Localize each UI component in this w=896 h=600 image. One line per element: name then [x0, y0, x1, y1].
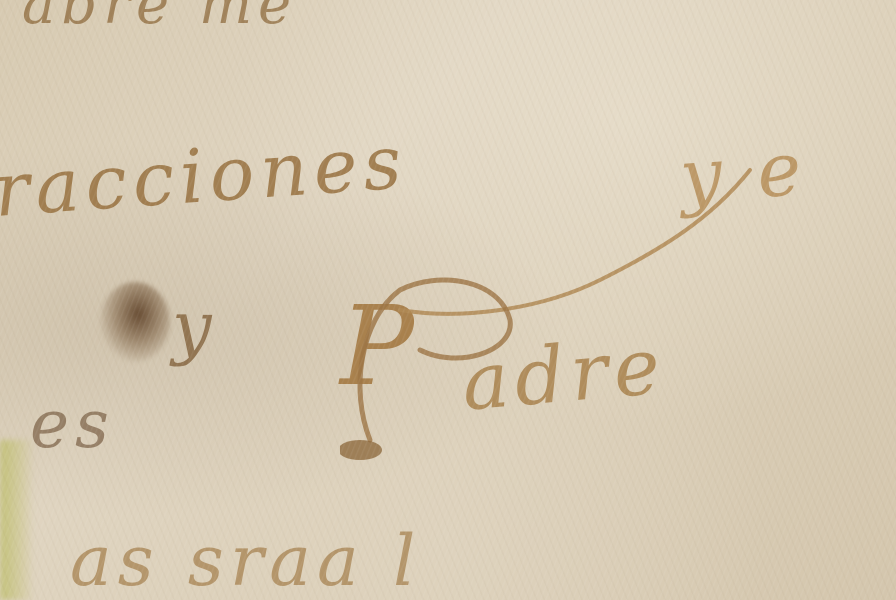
- handwriting-bottom-line: as sraa l: [70, 520, 421, 600]
- green-edge-blur: [0, 440, 34, 600]
- ink-blot: [100, 282, 170, 362]
- handwriting-top-line: abre me: [22, 0, 297, 37]
- handwriting-es: es: [30, 386, 115, 463]
- pen-flourish-stroke: [340, 160, 780, 460]
- handwriting-y: y: [172, 286, 218, 368]
- manuscript-photo: abre me racciones y e y P adre es as sra…: [0, 0, 896, 600]
